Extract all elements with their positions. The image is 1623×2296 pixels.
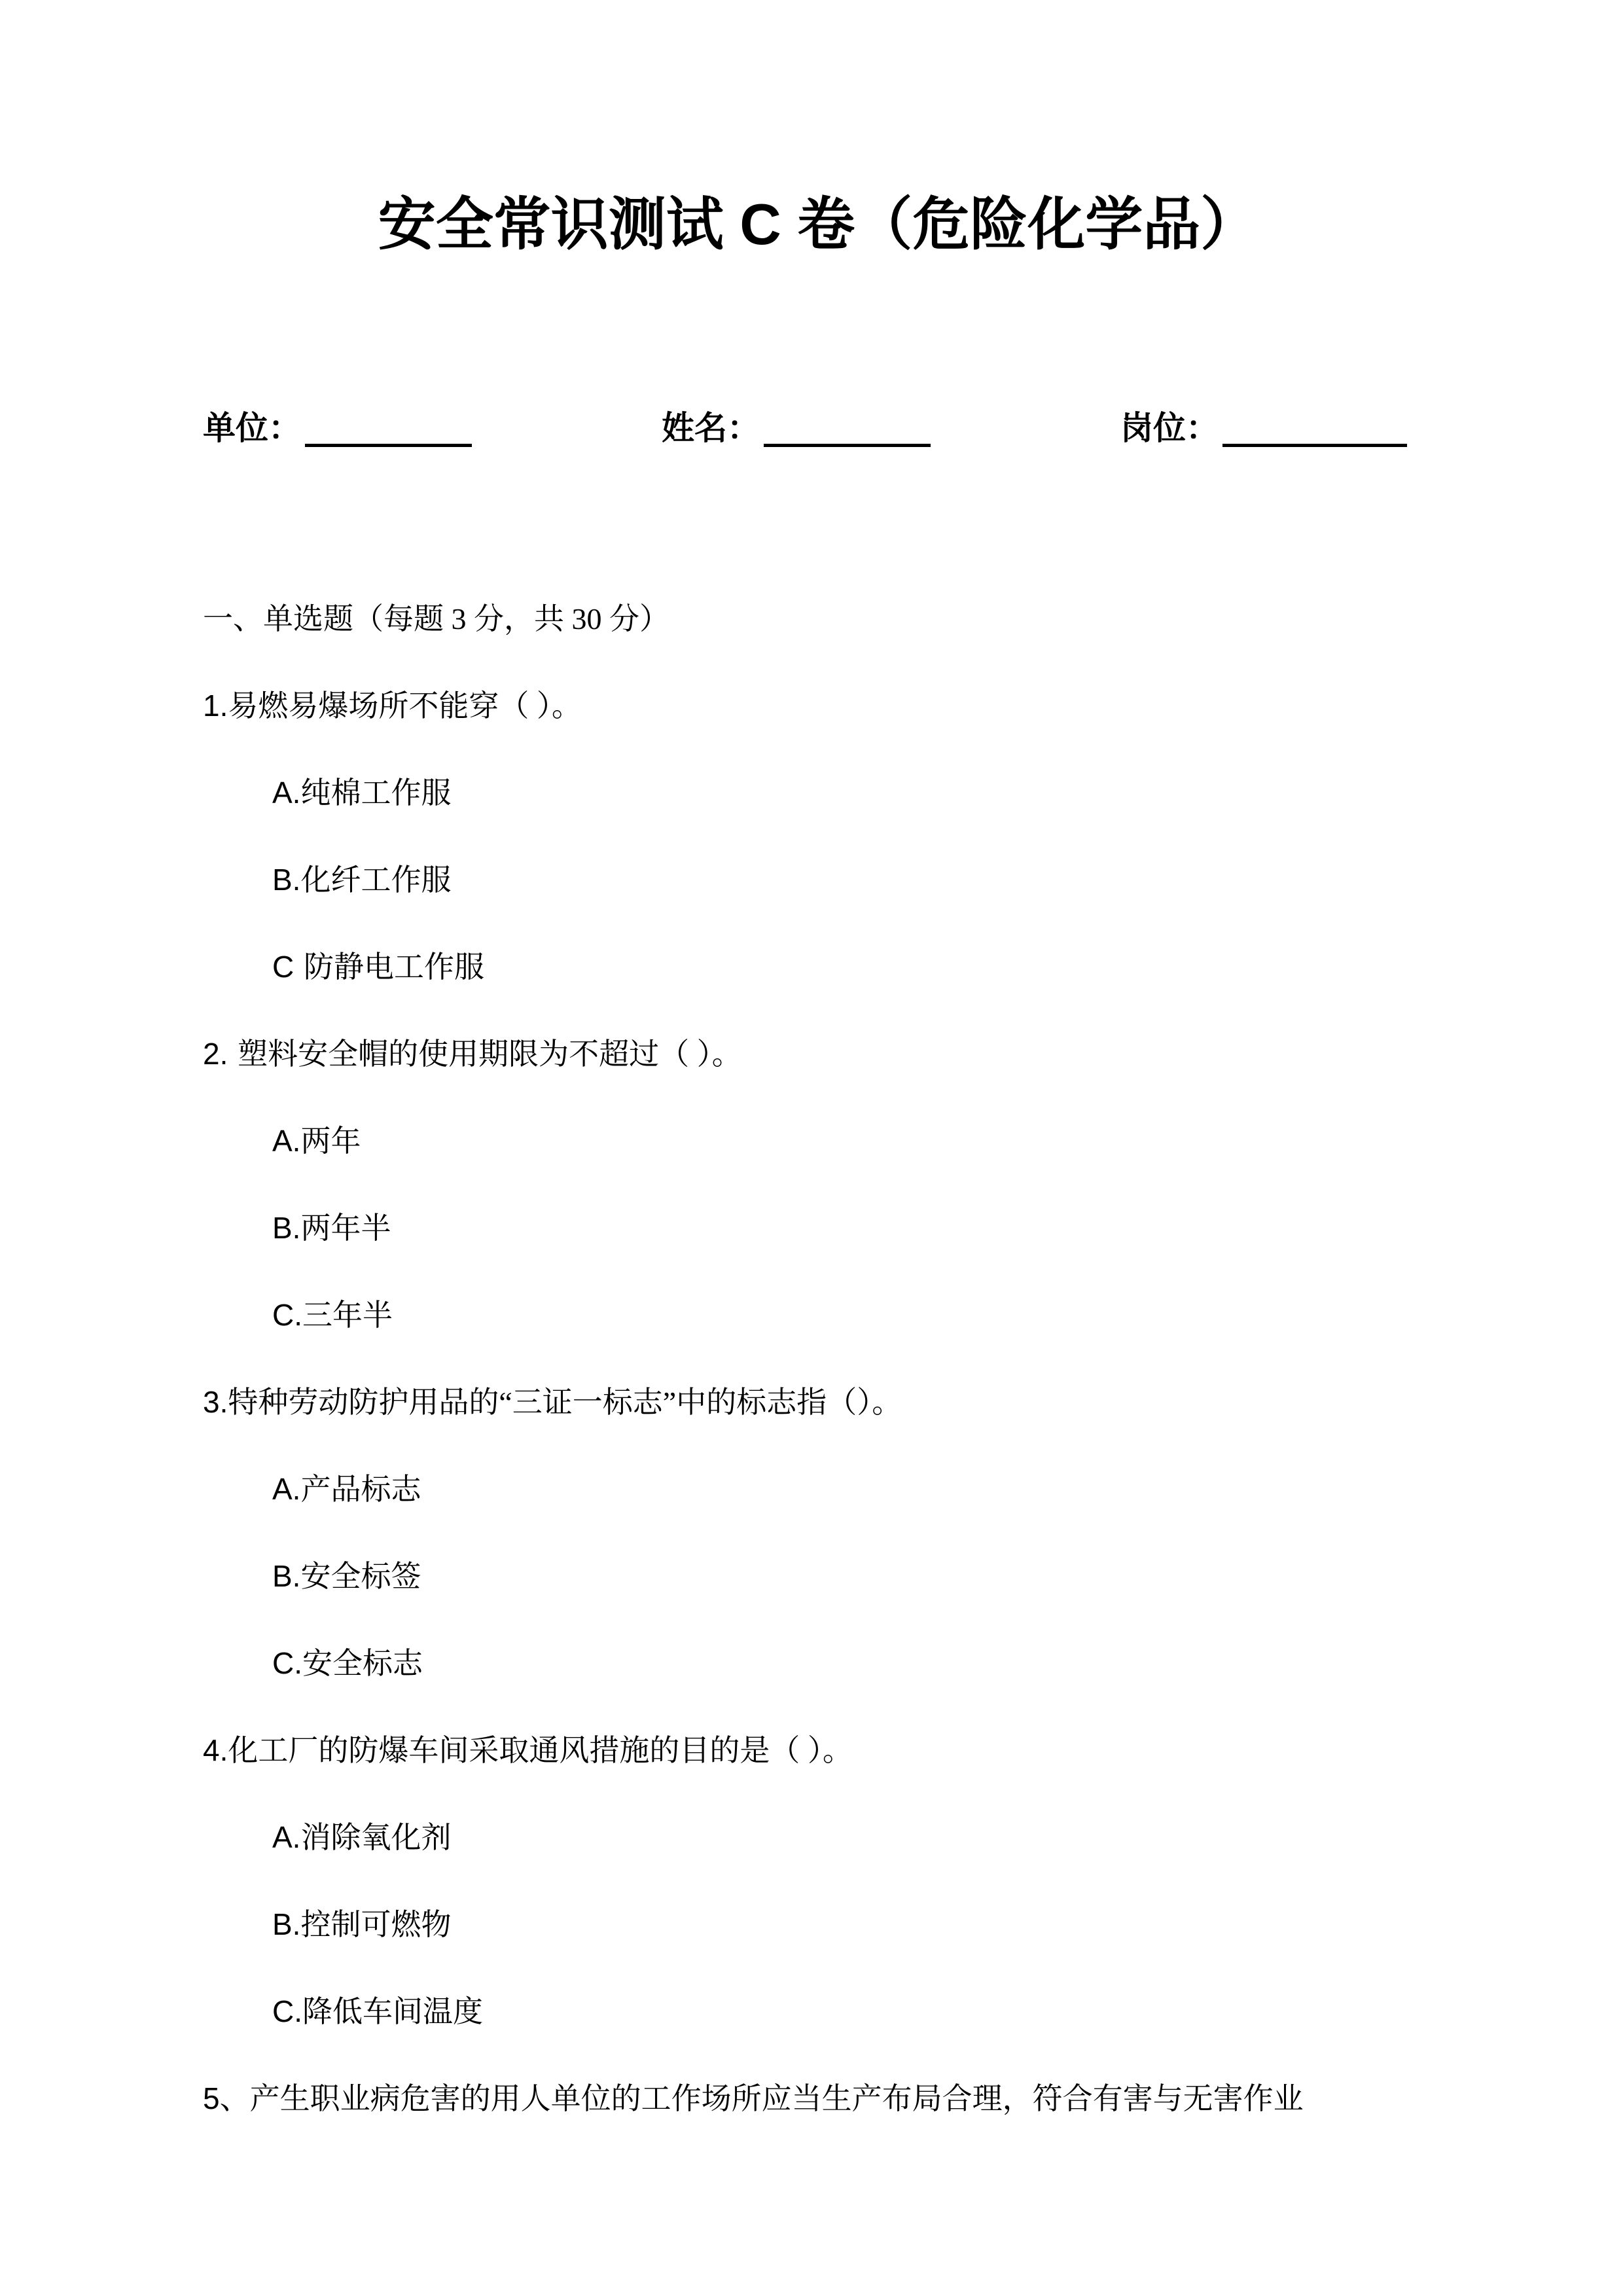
unit-label: 单位： (203, 410, 301, 446)
post-blank (1222, 437, 1407, 447)
section-heading: 一、单选题（每题 3 分，共 30 分） (203, 599, 1433, 639)
question-3-option-a: A.产品标志 (203, 1469, 1433, 1510)
option-label: A. (272, 1124, 300, 1158)
question-number: 2. (203, 1037, 228, 1071)
post-label: 岗位： (1120, 410, 1219, 446)
question-2: 2.塑料安全帽的使用期限为不超过（ ）。 (203, 1033, 1433, 1075)
unit-blank (305, 437, 472, 447)
option-text: 三年半 (302, 1299, 393, 1332)
option-text: 两年 (300, 1124, 361, 1158)
option-text: 降低车间温度 (302, 1995, 483, 2028)
option-label: B. (272, 1559, 300, 1593)
question-text: 塑料安全帽的使用期限为不超过（ ）。 (238, 1037, 742, 1071)
question-number: 3. (203, 1385, 228, 1419)
name-blank (764, 437, 931, 447)
option-label: B. (272, 1907, 300, 1941)
option-text: 纯棉工作服 (300, 776, 451, 810)
option-label: A. (272, 1472, 300, 1506)
question-1: 1.易燃易爆场所不能穿（ ）。 (203, 685, 1433, 726)
option-text: 安全标志 (302, 1647, 423, 1680)
question-1-option-b: B.化纤工作服 (203, 859, 1433, 901)
name-field: 姓名： (662, 407, 931, 449)
info-row: 单位： 姓名： 岗位： (203, 407, 1433, 449)
question-number: 1. (203, 689, 228, 723)
option-text: 产品标志 (300, 1473, 421, 1506)
option-label: B. (272, 1211, 300, 1245)
option-label: A. (272, 1820, 300, 1854)
question-3: 3.特种劳动防护用品的“三证一标志”中的标志指（）。 (203, 1382, 1433, 1423)
question-1-option-a: A.纯棉工作服 (203, 772, 1433, 814)
question-number: 4. (203, 1733, 228, 1767)
question-4: 4.化工厂的防爆车间采取通风措施的目的是（ ）。 (203, 1730, 1433, 1771)
question-3-option-b: B.安全标签 (203, 1556, 1433, 1597)
question-4-option-a: A.消除氧化剂 (203, 1817, 1433, 1858)
option-text: 两年半 (300, 1211, 391, 1245)
option-label: A. (272, 776, 300, 810)
option-label: B. (272, 863, 300, 897)
unit-field: 单位： (203, 407, 472, 449)
option-text: 化纤工作服 (300, 863, 451, 897)
question-text: 化工厂的防爆车间采取通风措施的目的是（ ）。 (228, 1734, 853, 1767)
test-paper-page: 安全常识测试 C 卷（危险化学品） 单位： 姓名： 岗位： 一、单选题（每题 3… (0, 0, 1623, 2296)
option-text: 防静电工作服 (304, 950, 484, 984)
question-3-option-c: C.安全标志 (203, 1643, 1433, 1684)
question-text: 易燃易爆场所不能穿（ ）。 (228, 689, 582, 723)
post-field: 岗位： (1120, 407, 1407, 449)
question-4-option-c: C.降低车间温度 (203, 1991, 1433, 2032)
option-label: C. (272, 1646, 302, 1680)
option-text: 控制可燃物 (300, 1908, 451, 1941)
option-label: C. (272, 1298, 302, 1332)
question-2-option-a: A.两年 (203, 1121, 1433, 1162)
question-5: 5、产生职业病危害的用人单位的工作场所应当生产布局合理，符合有害与无害作业 (203, 2078, 1433, 2119)
question-4-option-b: B.控制可燃物 (203, 1904, 1433, 1945)
page-title: 安全常识测试 C 卷（危险化学品） (203, 188, 1433, 260)
question-text: 特种劳动防护用品的“三证一标志”中的标志指（）。 (228, 1386, 902, 1419)
option-label: C. (272, 1994, 302, 2028)
name-label: 姓名： (662, 410, 760, 446)
question-2-option-c: C.三年半 (203, 1295, 1433, 1336)
option-label: C (272, 950, 294, 984)
question-text: 产生职业病危害的用人单位的工作场所应当生产布局合理，符合有害与无害作业 (250, 2082, 1304, 2115)
question-2-option-b: B.两年半 (203, 1208, 1433, 1249)
question-1-option-c: C防静电工作服 (203, 946, 1433, 988)
option-text: 安全标签 (300, 1560, 421, 1593)
question-number: 5、 (203, 2081, 250, 2115)
option-text: 消除氧化剂 (300, 1821, 451, 1854)
